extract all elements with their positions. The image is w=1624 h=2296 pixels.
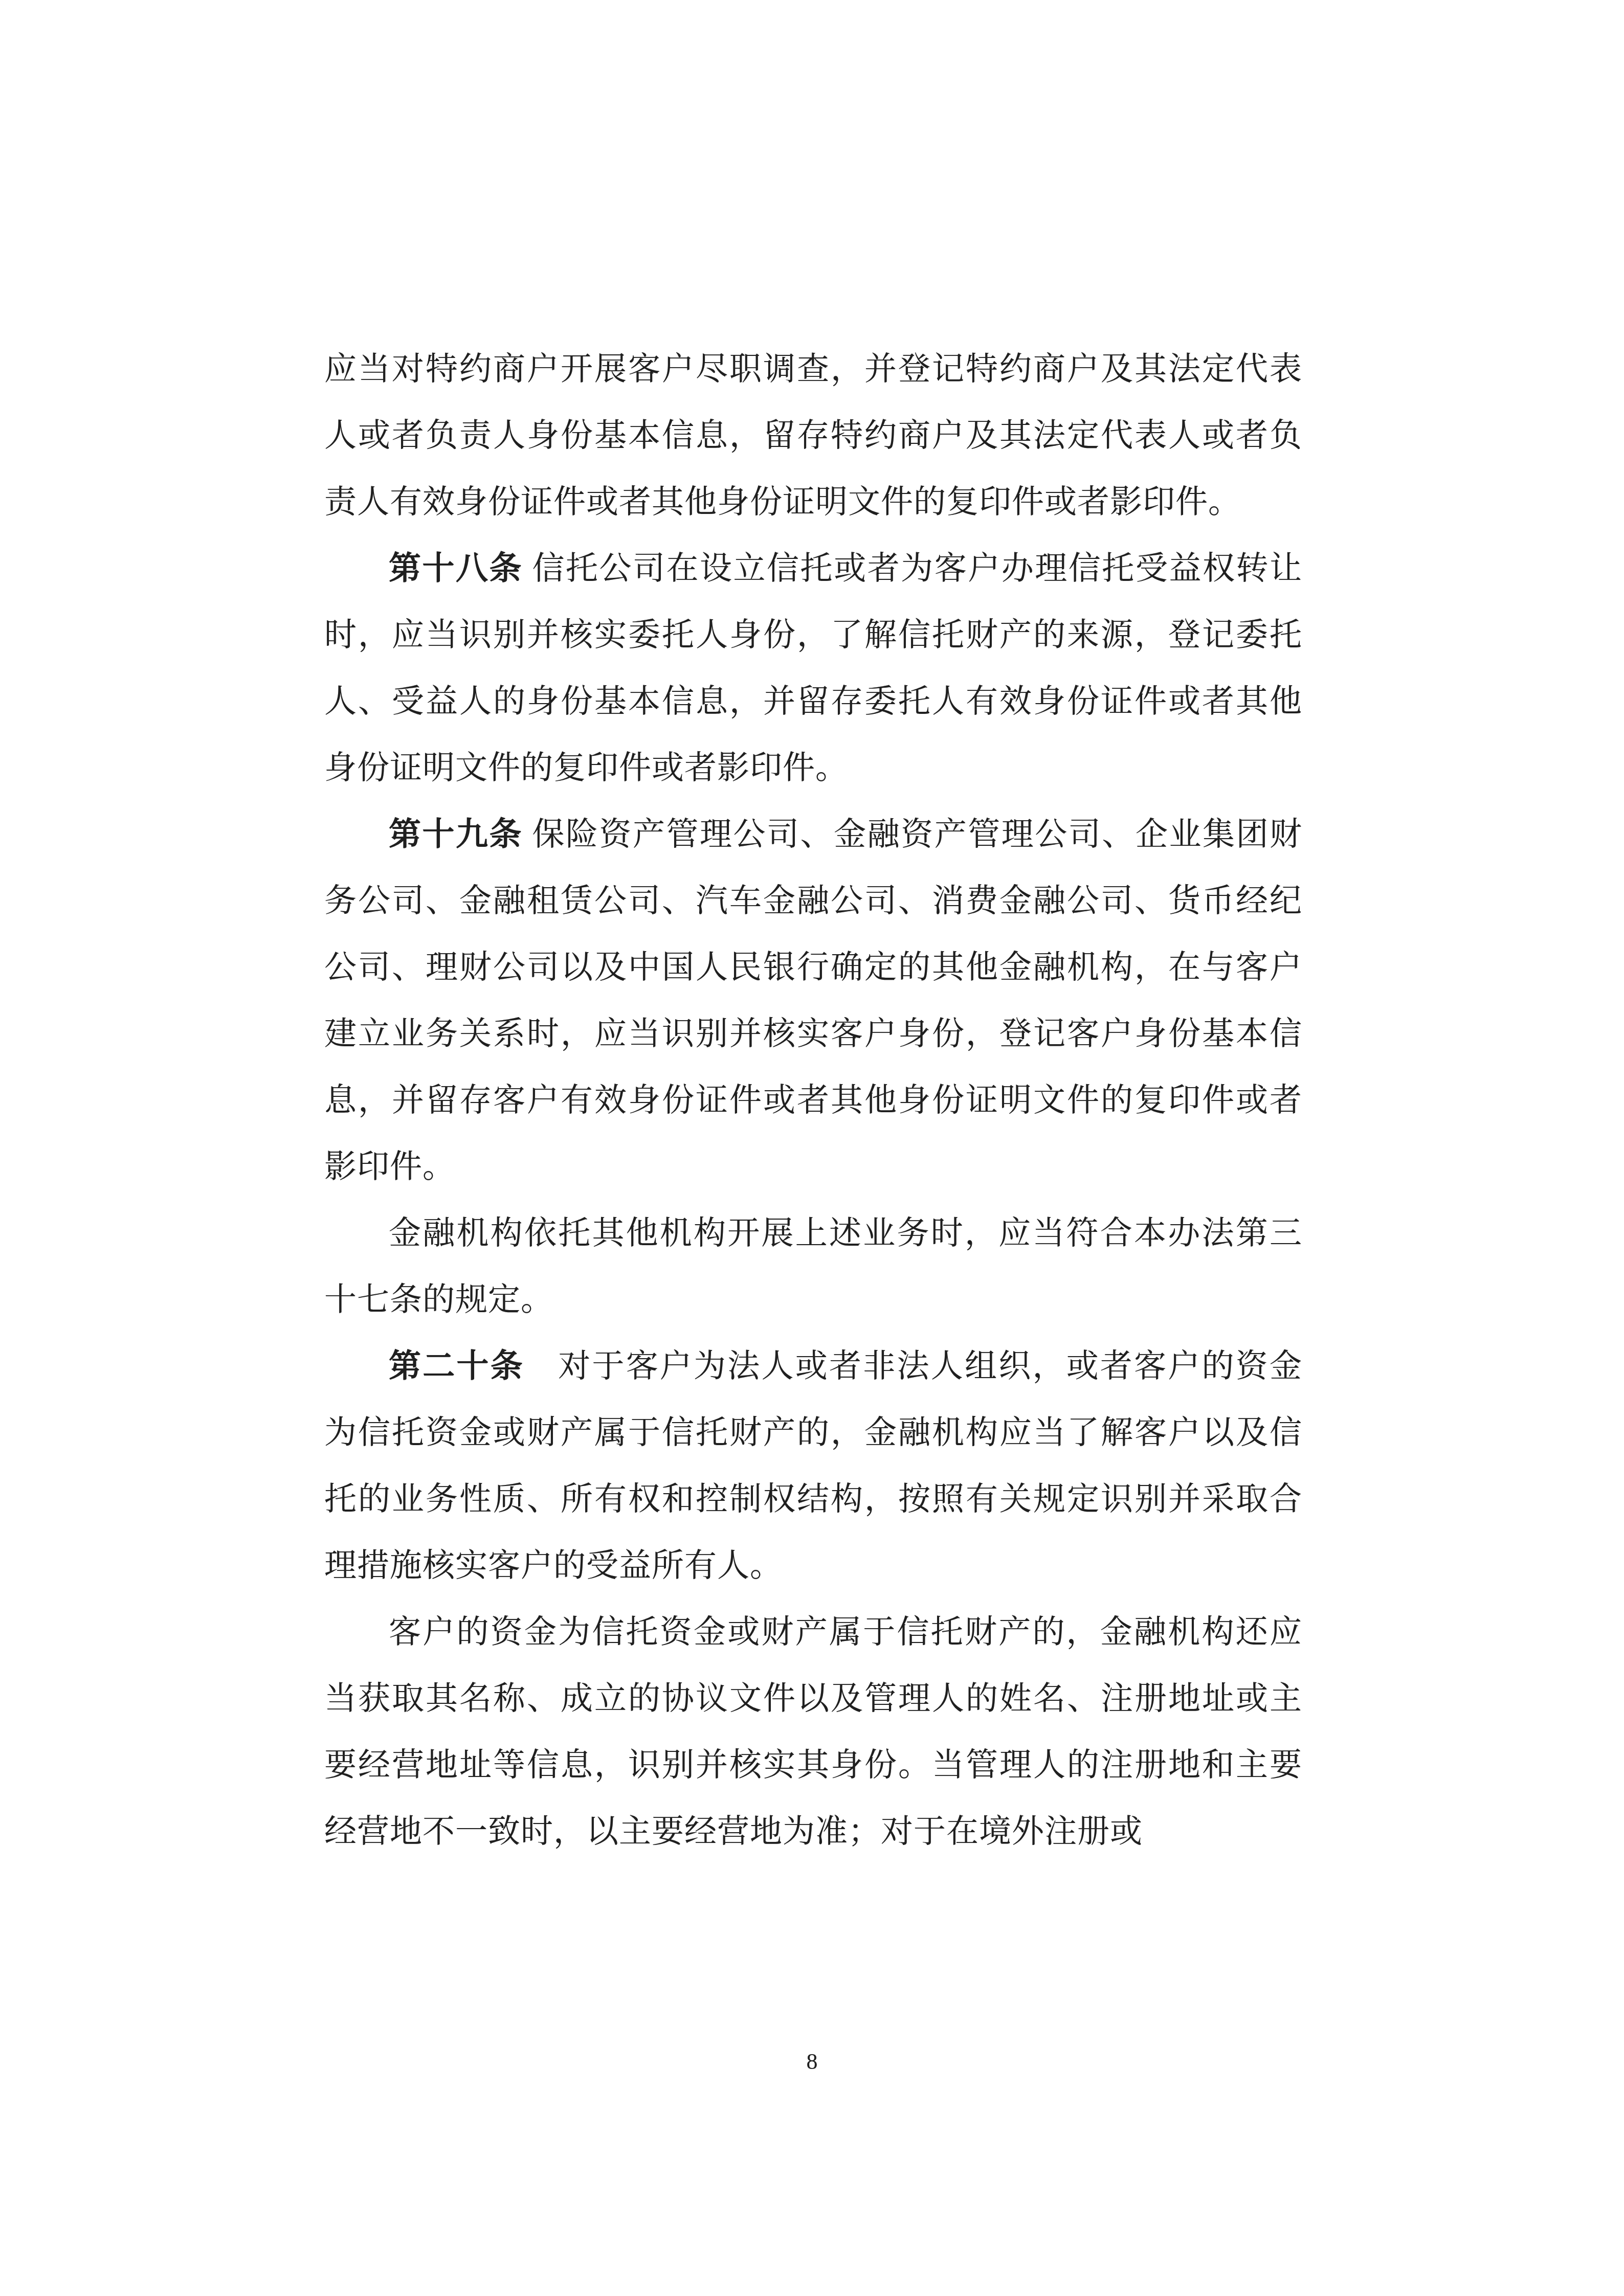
paragraph: 应当对特约商户开展客户尽职调查，并登记特约商户及其法定代表人或者负责人身份基本信… <box>324 335 1302 535</box>
paragraph: 第十九条 保险资产管理公司、金融资产管理公司、企业集团财务公司、金融租赁公司、汽… <box>324 801 1302 1200</box>
page-number: 8 <box>0 2050 1624 2074</box>
article-number: 第二十条 <box>389 1348 524 1384</box>
document-page: 应当对特约商户开展客户尽职调查，并登记特约商户及其法定代表人或者负责人身份基本信… <box>0 0 1624 2296</box>
paragraph: 金融机构依托其他机构开展上述业务时，应当符合本办法第三十七条的规定。 <box>324 1200 1302 1333</box>
paragraph-text: 客户的资金为信托资金或财产属于信托财产的，金融机构还应当获取其名称、成立的协议文… <box>324 1614 1302 1849</box>
paragraph-text: 应当对特约商户开展客户尽职调查，并登记特约商户及其法定代表人或者负责人身份基本信… <box>324 351 1302 520</box>
document-text-block: 应当对特约商户开展客户尽职调查，并登记特约商户及其法定代表人或者负责人身份基本信… <box>324 335 1302 1864</box>
article-number: 第十九条 <box>389 816 523 852</box>
paragraph-text: 金融机构依托其他机构开展上述业务时，应当符合本办法第三十七条的规定。 <box>324 1215 1302 1317</box>
paragraph: 第二十条 对于客户为法人或者非法人组织，或者客户的资金为信托资金或财产属于信托财… <box>324 1333 1302 1599</box>
paragraph: 第十八条 信托公司在设立信托或者为客户办理信托受益权转让时，应当识别并核实委托人… <box>324 535 1302 801</box>
article-number: 第十八条 <box>389 550 523 586</box>
paragraph-text: 保险资产管理公司、金融资产管理公司、企业集团财务公司、金融租赁公司、汽车金融公司… <box>324 816 1302 1184</box>
paragraph: 客户的资金为信托资金或财产属于信托财产的，金融机构还应当获取其名称、成立的协议文… <box>324 1599 1302 1864</box>
